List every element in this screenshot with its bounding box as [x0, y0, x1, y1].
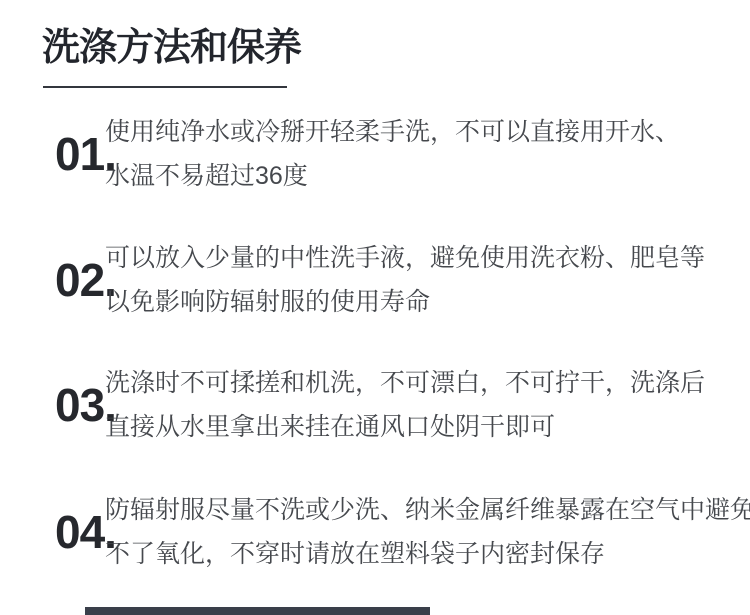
item-text-line-1: 使用纯净水或冷掰开轻柔手洗，不可以直接用开水、	[105, 110, 750, 154]
item-text: 可以放入少量的中性洗手液，避免使用洗衣粉、肥皂等 以免影响防辐射服的使用寿命	[105, 236, 750, 324]
instruction-item-1: 01. 使用纯净水或冷掰开轻柔手洗，不可以直接用开水、 水温不易超过36度	[0, 110, 750, 198]
item-text-line-2: 水温不易超过36度	[105, 154, 750, 198]
instruction-item-4: 04. 防辐射服尽量不洗或少洗、纳米金属纤维暴露在空气中避免 不了氧化，不穿时请…	[0, 488, 750, 576]
item-text: 防辐射服尽量不洗或少洗、纳米金属纤维暴露在空气中避免 不了氧化，不穿时请放在塑料…	[105, 488, 750, 576]
instruction-item-2: 02. 可以放入少量的中性洗手液，避免使用洗衣粉、肥皂等 以免影响防辐射服的使用…	[0, 236, 750, 324]
item-number: 04.	[55, 505, 105, 559]
item-text-line-1: 洗涤时不可揉搓和机洗，不可漂白，不可拧干，洗涤后	[105, 361, 750, 405]
title-underline	[43, 86, 287, 88]
item-text-line-2: 直接从水里拿出来挂在通风口处阴干即可	[105, 405, 750, 449]
item-number: 01.	[55, 127, 105, 181]
care-instructions-page: 洗涤方法和保养 01. 使用纯净水或冷掰开轻柔手洗，不可以直接用开水、 水温不易…	[0, 0, 750, 615]
instruction-item-3: 03. 洗涤时不可揉搓和机洗，不可漂白，不可拧干，洗涤后 直接从水里拿出来挂在通…	[0, 361, 750, 449]
item-text: 使用纯净水或冷掰开轻柔手洗，不可以直接用开水、 水温不易超过36度	[105, 110, 750, 198]
item-text-line-2: 不了氧化，不穿时请放在塑料袋子内密封保存	[105, 532, 750, 576]
item-text-line-1: 防辐射服尽量不洗或少洗、纳米金属纤维暴露在空气中避免	[105, 488, 750, 532]
item-text: 洗涤时不可揉搓和机洗，不可漂白，不可拧干，洗涤后 直接从水里拿出来挂在通风口处阴…	[105, 361, 750, 449]
next-section-banner-edge	[85, 607, 430, 615]
page-title: 洗涤方法和保养	[42, 26, 301, 72]
item-text-line-2: 以免影响防辐射服的使用寿命	[105, 280, 750, 324]
item-number: 03.	[55, 378, 105, 432]
item-text-line-1: 可以放入少量的中性洗手液，避免使用洗衣粉、肥皂等	[105, 236, 750, 280]
item-number: 02.	[55, 253, 105, 307]
